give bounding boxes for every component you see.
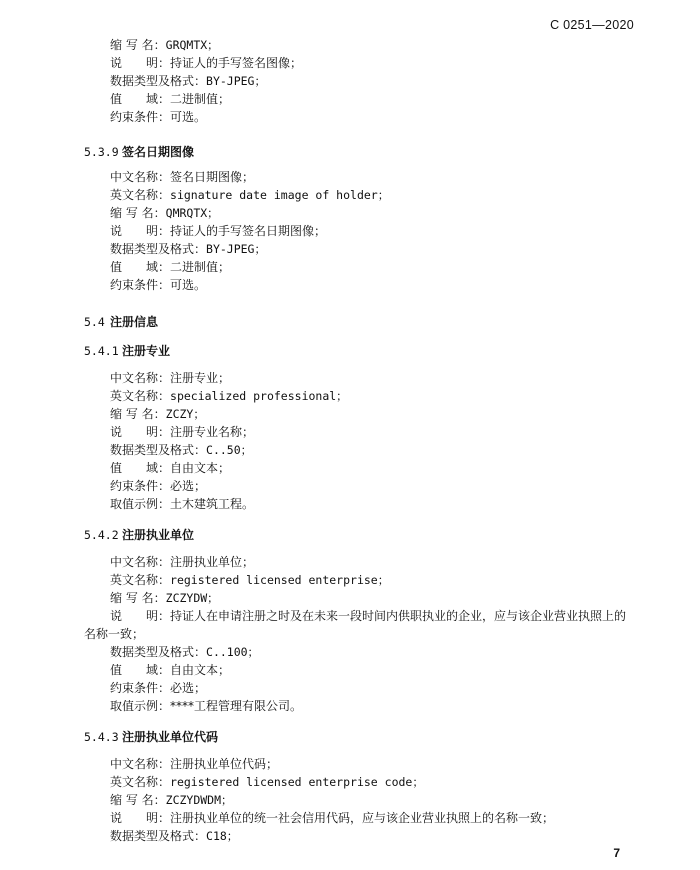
field-datatype: 数据类型及格式：C..100； [110,643,259,661]
field-datatype: 数据类型及格式：BY-JPEG； [110,240,266,258]
section-heading-5-4-2: 5.4.2注册执业单位 [84,526,194,544]
field-constraint: 约束条件：必选； [110,679,206,697]
field-domain: 值 域：二进制值； [110,258,230,276]
field-english-name: 英文名称：registered licensed enterprise code… [110,773,424,791]
section-heading-5-4-3: 5.4.3注册执业单位代码 [84,728,218,746]
section-heading-5-4-1: 5.4.1注册专业 [84,342,170,360]
field-chinese-name: 中文名称：注册执业单位代码； [110,755,278,773]
field-description-continuation: 名称一致； [84,625,144,643]
field-abbreviation: 缩 写 名：ZCZYDWDM； [110,791,233,809]
field-description: 说 明：持证人在申请注册之时及在未来一段时间内供职执业的企业，应与该企业营业执照… [110,607,626,625]
field-description: 说 明：注册专业名称； [110,423,254,441]
field-description: 说 明：持证人的手写签名图像； [110,54,302,72]
field-chinese-name: 中文名称：注册专业； [110,369,230,387]
field-domain: 值 域：自由文本； [110,661,230,679]
field-datatype: 数据类型及格式：BY-JPEG； [110,72,266,90]
field-abbreviation: 缩 写 名：ZCZYDW； [110,589,219,607]
field-description: 说 明：注册执业单位的统一社会信用代码，应与该企业营业执照上的名称一致； [110,809,554,827]
field-abbreviation: 缩 写 名：GRQMTX； [110,36,219,54]
section-heading-5-4: 5.4注册信息 [84,313,158,331]
field-datatype: 数据类型及格式：C..50； [110,441,252,459]
field-chinese-name: 中文名称：注册执业单位； [110,553,254,571]
page-number: 7 [613,846,620,860]
field-datatype: 数据类型及格式：C18； [110,827,238,845]
field-constraint: 约束条件：可选。 [110,108,206,126]
section-heading-5-3-9: 5.3.9签名日期图像 [84,143,194,161]
field-english-name: 英文名称：registered licensed enterprise； [110,571,389,589]
field-english-name: 英文名称：specialized professional； [110,387,348,405]
field-example: 取值示例：****工程管理有限公司。 [110,697,302,715]
field-abbreviation: 缩 写 名：ZCZY； [110,405,205,423]
field-constraint: 约束条件：必选； [110,477,206,495]
field-domain: 值 域：自由文本； [110,459,230,477]
field-abbreviation: 缩 写 名：QMRQTX； [110,204,219,222]
field-domain: 值 域：二进制值； [110,90,230,108]
field-description: 说 明：持证人的手写签名日期图像； [110,222,326,240]
field-constraint: 约束条件：可选。 [110,276,206,294]
field-english-name: 英文名称：signature date image of holder； [110,186,389,204]
field-chinese-name: 中文名称：签名日期图像； [110,168,254,186]
document-code: C 0251—2020 [550,18,634,32]
field-example: 取值示例：土木建筑工程。 [110,495,254,513]
